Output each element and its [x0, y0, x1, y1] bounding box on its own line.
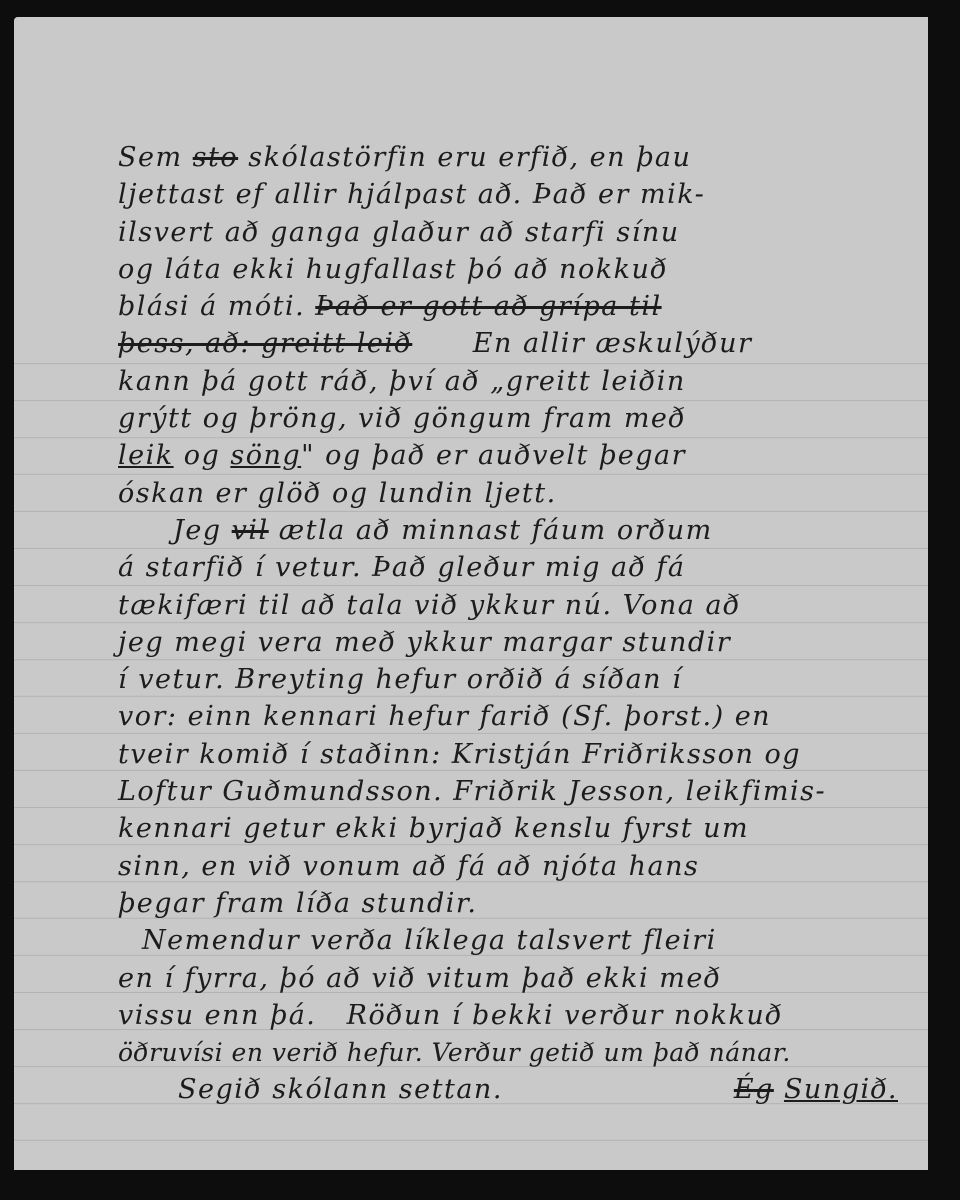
struck-text: þess, að: greitt leið: [118, 328, 412, 359]
underlined-word: söng: [230, 440, 301, 471]
handwritten-text: Sem sto skólastörfin eru erfið, en þau l…: [118, 139, 918, 1109]
text-line: blási á móti. Það er gott að grípa til: [118, 288, 918, 325]
text-line: kann þá gott ráð, því að „greitt leiðin: [118, 363, 918, 400]
text-line: vissu enn þá. Röðun í bekki verður nokku…: [118, 997, 918, 1034]
text-line: en í fyrra, þó að við vitum það ekki með: [118, 960, 918, 997]
text-line: tækifæri til að tala við ykkur nú. Vona …: [118, 587, 918, 624]
text-line: þess, að: greitt leið En allir æskulýður: [118, 325, 918, 362]
text-line: kennari getur ekki byrjað kenslu fyrst u…: [118, 810, 918, 847]
text-line: Sem sto skólastörfin eru erfið, en þau: [118, 139, 918, 176]
text-line: jeg megi vera með ykkur margar stundir: [118, 624, 918, 661]
closing-line: Segið skólann settan. Ég Sungið.: [118, 1071, 918, 1108]
text-line: vor: einn kennari hefur farið (Sf. þorst…: [118, 698, 918, 735]
text-line: sinn, en við vonum að fá að njóta hans: [118, 848, 918, 885]
text-line: á starfið í vetur. Það gleður mig að fá: [118, 549, 918, 586]
signature: Ég Sungið.: [734, 1071, 898, 1108]
text-line: Jeg vil ætla að minnast fáum orðum: [118, 512, 918, 549]
letter-page: Sem sto skólastörfin eru erfið, en þau l…: [14, 17, 928, 1170]
struck-text: Það er gott að grípa til: [315, 291, 661, 322]
text-line: leik og söng" og það er auðvelt þegar: [118, 437, 918, 474]
underlined-word: leik: [118, 440, 174, 471]
text-line: ilsvert að ganga glaður að starfi sínu: [118, 214, 918, 251]
text-line: öðruvísi en verið hefur. Verður getið um…: [118, 1034, 918, 1071]
text-line: óskan er glöð og lundin ljett.: [118, 475, 918, 512]
text-line: Loftur Guðmundsson. Friðrik Jesson, leik…: [118, 773, 918, 810]
text-line: grýtt og þröng, við göngum fram með: [118, 400, 918, 437]
text-line: tveir komið í staðinn: Kristján Friðriks…: [118, 736, 918, 773]
struck-text: vil: [232, 515, 269, 546]
text-line: Nemendur verða líklega talsvert fleiri: [118, 922, 918, 959]
text-line: og láta ekki hugfallast þó að nokkuð: [118, 251, 918, 288]
text-line: í vetur. Breyting hefur orðið á síðan í: [118, 661, 918, 698]
closing-text: Segið skólann settan.: [178, 1071, 503, 1108]
text-line: þegar fram líða stundir.: [118, 885, 918, 922]
text-line: ljettast ef allir hjálpast að. Það er mi…: [118, 176, 918, 213]
